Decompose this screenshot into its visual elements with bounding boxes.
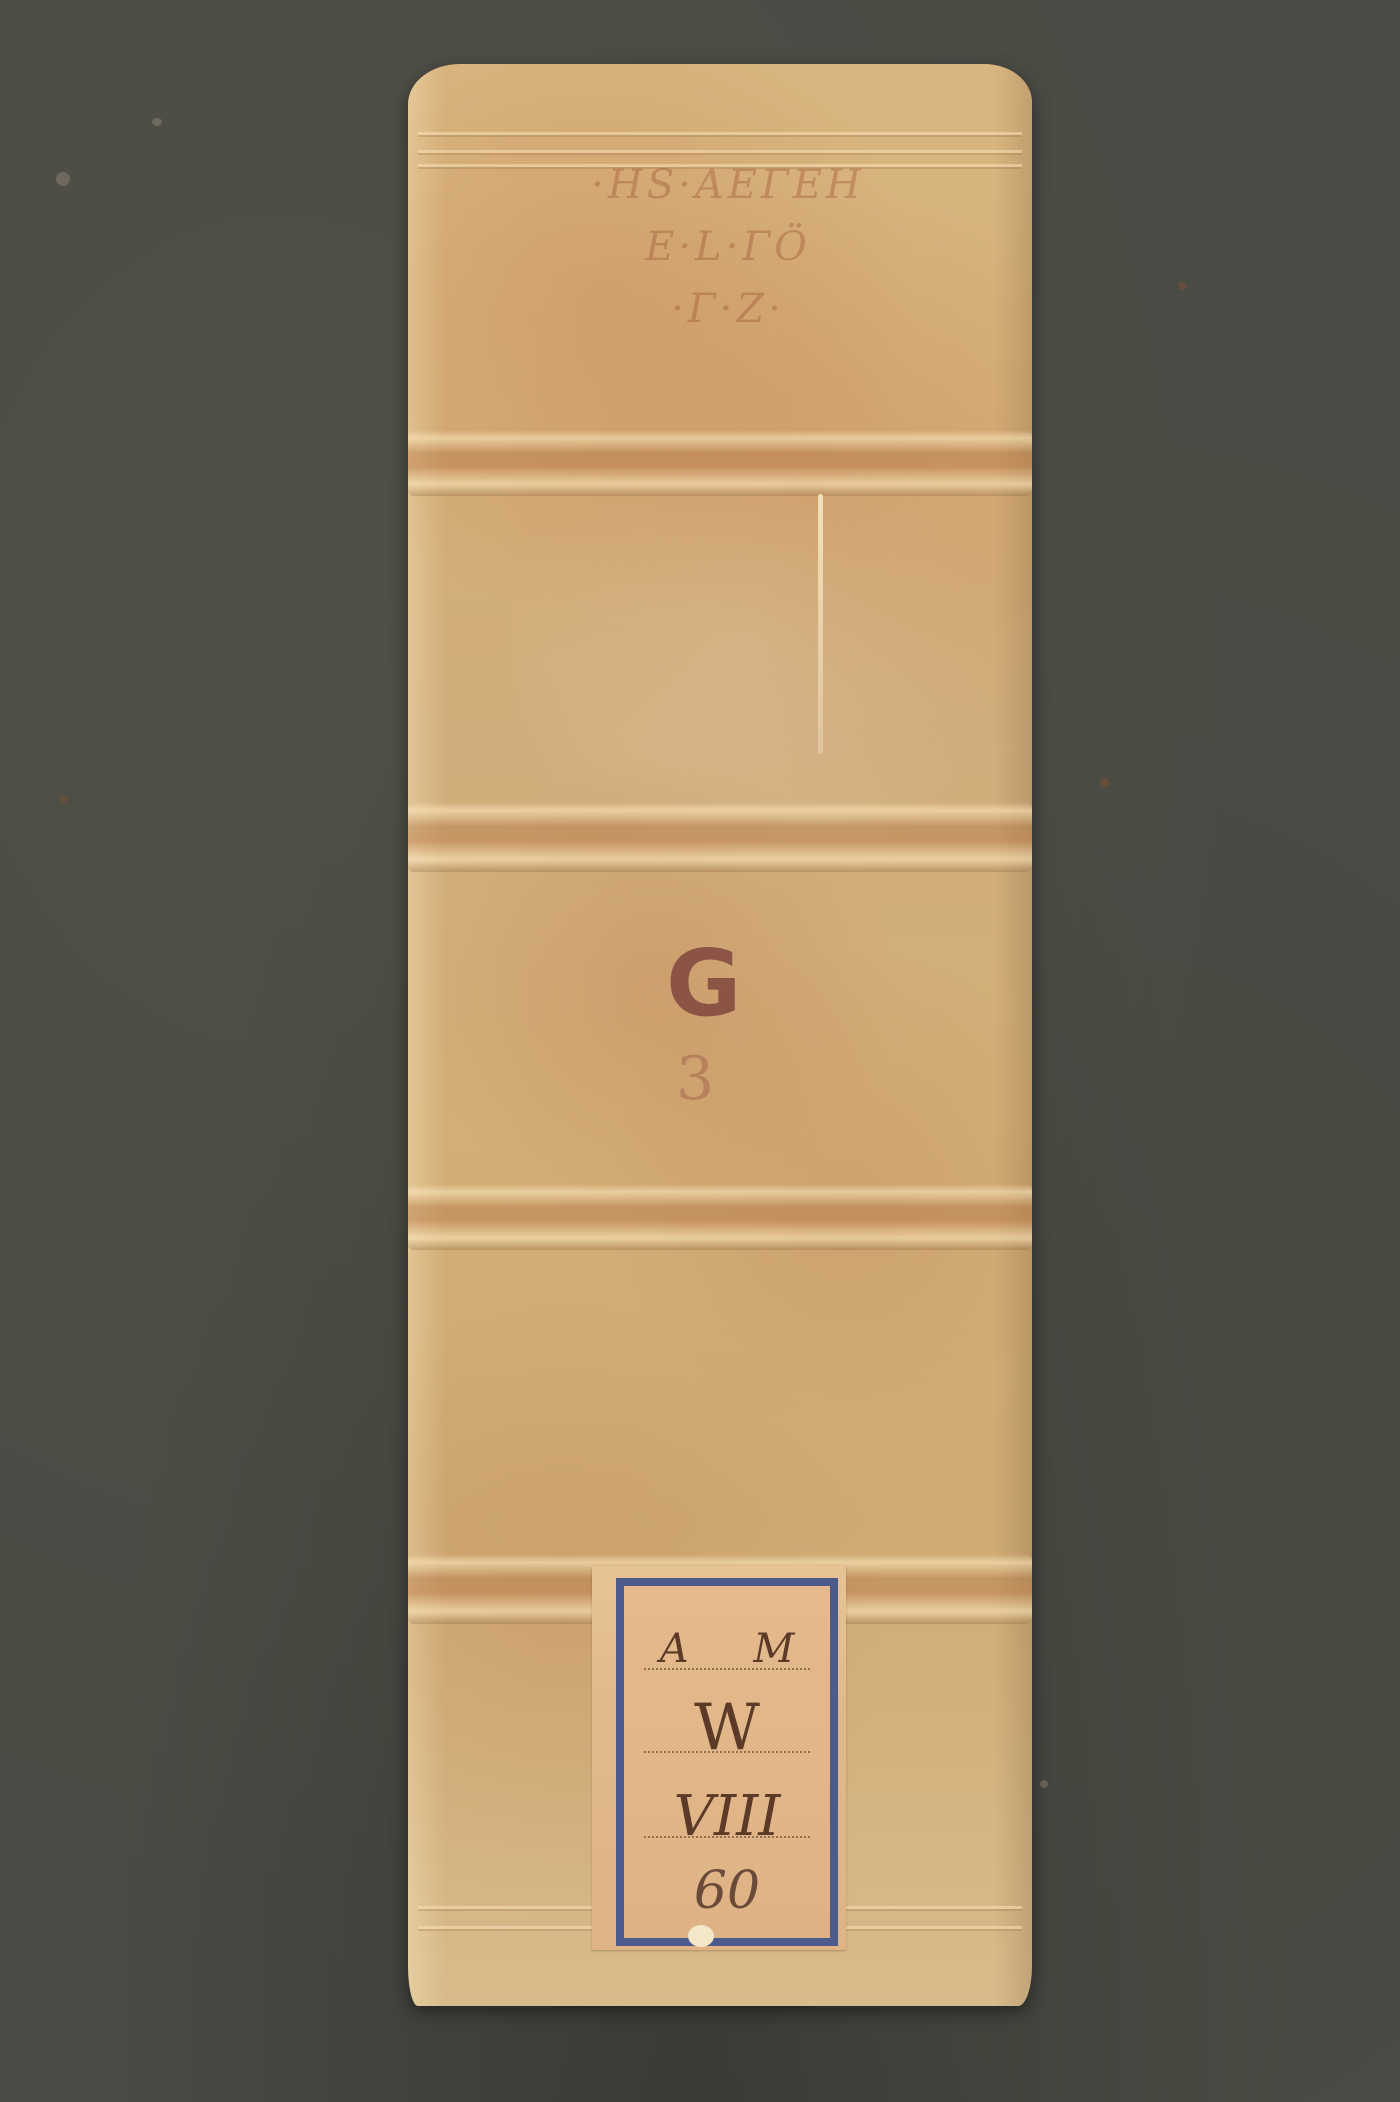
vellum-crease bbox=[818, 494, 823, 754]
raised-band-1 bbox=[408, 430, 1032, 496]
raised-band-3 bbox=[408, 1184, 1032, 1250]
raised-band-2 bbox=[408, 802, 1032, 872]
label-row-roman: VIII bbox=[624, 1784, 830, 1849]
background-speck bbox=[1178, 282, 1186, 290]
label-row-letter: W bbox=[624, 1691, 830, 1765]
label-pin bbox=[688, 1925, 714, 1947]
label-row-number: 60 bbox=[624, 1861, 830, 1921]
label-dotted-line bbox=[644, 1668, 810, 1670]
background-speck bbox=[152, 118, 162, 126]
label-dotted-line bbox=[644, 1836, 810, 1838]
background-speck bbox=[60, 796, 67, 803]
background-speck bbox=[56, 172, 70, 186]
label-dotted-line bbox=[644, 1751, 810, 1753]
label-row-collection: A M bbox=[624, 1626, 830, 1672]
faded-title: ·HS·AEΓEHE·L·ΓÖ·Γ·Z· bbox=[558, 154, 898, 374]
tooling-line bbox=[418, 150, 1022, 153]
background-speck bbox=[1040, 1780, 1048, 1788]
tooling-line bbox=[418, 132, 1022, 135]
shelfmark-letter: G bbox=[666, 930, 742, 1037]
library-label: A M W VIII 60 bbox=[616, 1578, 838, 1946]
background-speck bbox=[1100, 778, 1109, 787]
shelfmark-number: 3 bbox=[676, 1044, 714, 1114]
